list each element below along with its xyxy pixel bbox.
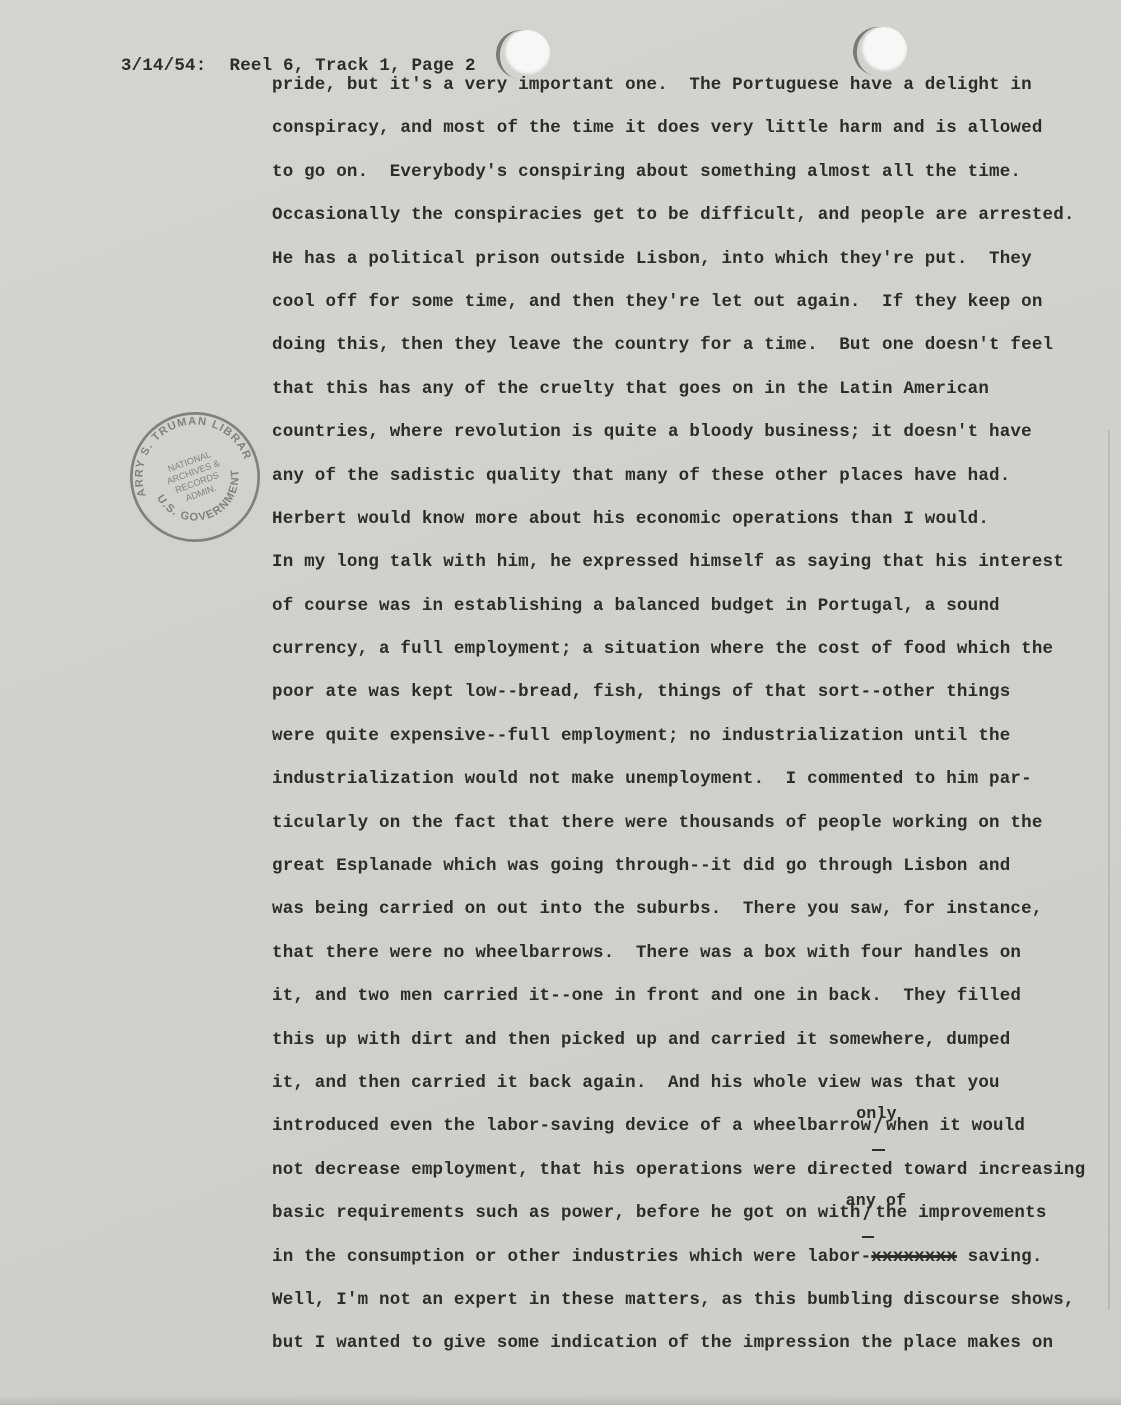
text-line: countries, where revolution is quite a b…	[272, 411, 1102, 454]
text-line: not decrease employment, that his operat…	[272, 1149, 1102, 1192]
text-line: of course was in establishing a balanced…	[272, 585, 1102, 628]
text-line: but I wanted to give some indication of …	[272, 1322, 1102, 1365]
line-text: when it would	[886, 1116, 1025, 1136]
text-line: ticularly on the fact that there were th…	[272, 802, 1102, 845]
text-line: He has a political prison outside Lisbon…	[272, 238, 1102, 281]
text-line: Herbert would know more about his econom…	[272, 498, 1102, 541]
text-line: introduced even the labor-saving device …	[272, 1105, 1102, 1148]
text-line: basic requirements such as power, before…	[272, 1192, 1102, 1235]
text-line: industrialization would not make unemplo…	[272, 758, 1102, 801]
line-text: basic requirements such as power, before…	[272, 1203, 861, 1223]
text-line: Well, I'm not an expert in these matters…	[272, 1279, 1102, 1322]
text-line: were quite expensive--full employment; n…	[272, 715, 1102, 758]
inserted-word: any of	[846, 1193, 907, 1210]
text-line: doing this, then they leave the country …	[272, 324, 1102, 367]
text-line: in the consumption or other industries w…	[272, 1236, 1102, 1279]
text-line: Occasionally the conspiracies get to be …	[272, 194, 1102, 237]
text-line: currency, a full employment; a situation…	[272, 628, 1102, 671]
text-line: was being carried on out into the suburb…	[272, 888, 1102, 931]
text-line: it, and then carried it back again. And …	[272, 1062, 1102, 1105]
insertion-caret: any of/	[862, 1192, 875, 1237]
text-line: to go on. Everybody's conspiring about s…	[272, 151, 1102, 194]
text-line: that this has any of the cruelty that go…	[272, 368, 1102, 411]
text-line: conspiracy, and most of the time it does…	[272, 107, 1102, 150]
text-line: great Esplanade which was going through-…	[272, 845, 1102, 888]
strikethrough-text: xxxxxxxx	[871, 1247, 957, 1267]
document-body: pride, but it's a very important one. Th…	[272, 64, 1102, 1366]
text-line: that there were no wheelbarrows. There w…	[272, 932, 1102, 975]
line-text: saving.	[957, 1247, 1043, 1267]
archive-stamp: HARRY S. TRUMAN LIBRARY U.S. GOVERNMENT …	[109, 391, 281, 563]
document-page: 3/14/54:Reel 6, Track 1, Page 2 HARRY S.…	[0, 0, 1121, 1405]
text-line: it, and two men carried it--one in front…	[272, 975, 1102, 1018]
text-line: pride, but it's a very important one. Th…	[272, 64, 1102, 107]
text-line: cool off for some time, and then they're…	[272, 281, 1102, 324]
paper-edge-shadow	[1108, 430, 1110, 1310]
line-text: introduced even the labor-saving device …	[272, 1116, 871, 1136]
paper-bottom-shadow	[0, 1395, 1121, 1405]
insertion-caret: only/	[872, 1105, 885, 1150]
text-line: In my long talk with him, he expressed h…	[272, 541, 1102, 584]
header-date: 3/14/54:	[121, 56, 207, 76]
text-line: poor ate was kept low--bread, fish, thin…	[272, 671, 1102, 714]
text-line: any of the sadistic quality that many of…	[272, 455, 1102, 498]
line-text: in the consumption or other industries w…	[272, 1247, 871, 1267]
text-line: this up with dirt and then picked up and…	[272, 1019, 1102, 1062]
